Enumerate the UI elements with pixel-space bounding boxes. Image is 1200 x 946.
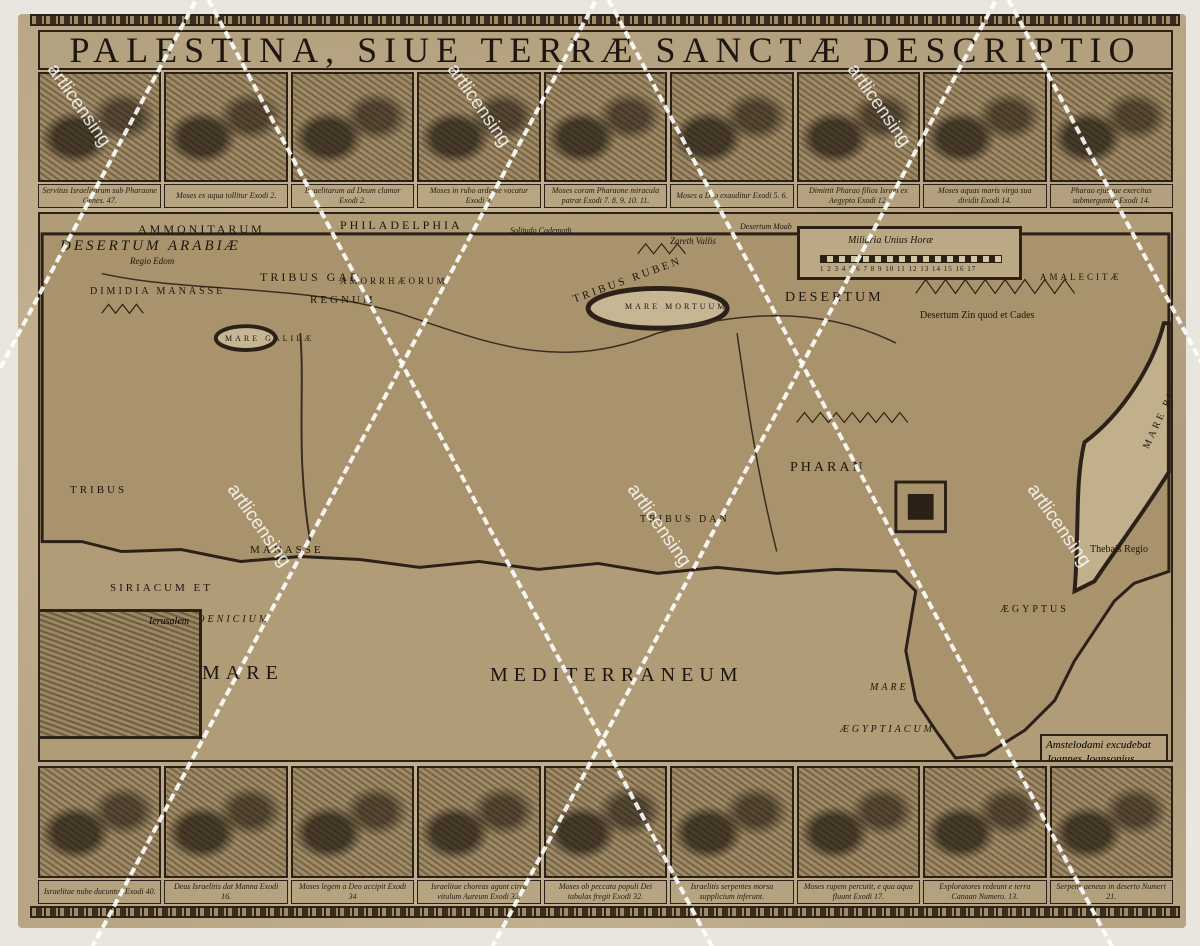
engraving-image — [38, 766, 161, 878]
label-manasse: MANASSE — [250, 544, 324, 556]
label-siriacum: SIRIACUM ET — [110, 582, 213, 594]
bottom-panel: Moses ob peccata populi Dei tabulas freg… — [544, 766, 667, 904]
bottom-bead-border — [30, 906, 1180, 918]
scale-cartouche: Miliaria Unius Horæ 1 2 3 4 5 6 7 8 9 10… — [797, 226, 1022, 280]
label-tribus-dan: TRIBUS DAN — [640, 514, 730, 525]
jerusalem-inset: Ierusalem — [38, 609, 202, 739]
top-bead-border — [30, 14, 1180, 26]
bottom-panel: Exploratores redeunt e terra Canaan Nume… — [923, 766, 1046, 904]
jerusalem-label: Ierusalem — [149, 616, 189, 627]
label-mare-galilaeae: MARE GALILÆ — [225, 334, 314, 343]
label-amorrhaeorum: AMORRHÆORUM — [340, 276, 448, 286]
panel-caption: Moses legem a Deo accipit Exodi 34 — [291, 880, 414, 904]
label-thebais: Thebais Regio — [1090, 544, 1148, 555]
bottom-illustration-strip: Israelitae nube ducuntur Exodi 40. Deus … — [38, 766, 1173, 904]
top-illustration-strip: Servitus Israelitarum sub Pharaone Genes… — [38, 72, 1173, 208]
label-amalecitae: AMALECITÆ — [1040, 272, 1122, 282]
label-regnum: REGNUM — [310, 294, 376, 306]
bottom-panel: Moses rupem percutit, e qua aqua fluunt … — [797, 766, 920, 904]
engraving-image — [417, 72, 540, 182]
panel-caption: Servitus Israelitarum sub Pharaone Genes… — [38, 184, 161, 208]
top-panel: Moses aquas maris virga sua dividit Exod… — [923, 72, 1046, 208]
top-panel: Dimittit Pharao filios Israel ex Aegypto… — [797, 72, 920, 208]
panel-caption: Deus Israelitis dat Manna Exodi 16. — [164, 880, 287, 904]
engraving-image — [291, 72, 414, 182]
label-pharan: PHARAN — [790, 460, 866, 476]
engraving-image — [797, 72, 920, 182]
map-title: PALESTINA, SIUE TERRÆ SANCTÆ DESCRIPTIO — [38, 30, 1173, 70]
panel-caption: Moses ex aqua tollitur Exodi 2. — [164, 184, 287, 208]
panel-caption: Moses in rubo ardente vocatur Exodi 3. — [417, 184, 540, 208]
top-panel: Moses a Deo exauditur Exodi 5. 6. — [670, 72, 793, 208]
engraving-image — [38, 72, 161, 182]
scale-ticks: 1 2 3 4 5 6 7 8 9 10 11 12 13 14 15 16 1… — [820, 265, 976, 273]
engraving-image — [923, 72, 1046, 182]
bottom-panel: Deus Israelitis dat Manna Exodi 16. — [164, 766, 287, 904]
imprint-line-1: Amstelodami excudebat — [1046, 738, 1162, 752]
label-regio-edom: Regio Edom — [130, 256, 174, 266]
label-aegyptus: ÆGYPTUS — [1000, 604, 1069, 615]
panel-caption: Dimittit Pharao filios Israel ex Aegypto… — [797, 184, 920, 208]
engraving-image — [417, 766, 540, 878]
label-tribus: TRIBUS — [70, 484, 127, 496]
label-dimidia-manasse: DIMIDIA MANASSE — [90, 286, 225, 297]
top-panel: Israelitarum ad Deum clamor Exodi 2. — [291, 72, 414, 208]
engraving-image — [670, 72, 793, 182]
label-solitudo: Solitudo Cademoth — [510, 226, 572, 235]
engraving-image — [291, 766, 414, 878]
panel-caption: Exploratores redeunt e terra Canaan Nume… — [923, 880, 1046, 904]
panel-caption: Israelitae nube ducuntur Exodi 40. — [38, 880, 161, 904]
label-mediterraneum: MEDITERRANEUM — [490, 664, 744, 687]
label-mare-aegyptiacum-2: ÆGYPTIACUM — [840, 724, 935, 735]
label-zareth: Zareth Vallis — [670, 236, 716, 246]
label-mare-aegyptiacum-1: MARE — [870, 682, 909, 693]
panel-caption: Moses coram Pharaone miracula patrat Exo… — [544, 184, 667, 208]
label-desertum: DESERTUM — [785, 290, 884, 306]
bottom-panel: Israelitae choreas agunt circa vitulum A… — [417, 766, 540, 904]
label-desertum-zin: Desertum Zin quod et Cades — [920, 310, 1034, 321]
engraving-image — [164, 72, 287, 182]
engraving-image — [544, 766, 667, 878]
imprint-line-2: Joannes Joansonius — [1046, 752, 1162, 762]
engraving-image — [544, 72, 667, 182]
engraving-image — [670, 766, 793, 878]
engraving-image — [1050, 72, 1173, 182]
panel-caption: Moses aquas maris virga sua dividit Exod… — [923, 184, 1046, 208]
label-mare-mortuum: MARE MORTUUM — [625, 302, 727, 311]
panel-caption: Israelitae choreas agunt circa vitulum A… — [417, 880, 540, 904]
top-panel: Moses coram Pharaone miracula patrat Exo… — [544, 72, 667, 208]
engraving-image — [164, 766, 287, 878]
top-panel: Servitus Israelitarum sub Pharaone Genes… — [38, 72, 161, 208]
bottom-panel: Moses legem a Deo accipit Exodi 34 — [291, 766, 414, 904]
engraving-image — [1050, 766, 1173, 878]
imprint-cartouche: Amstelodami excudebat Joannes Joansonius — [1040, 734, 1168, 762]
top-panel: Pharao ejusque exercitus submerguntur Ex… — [1050, 72, 1173, 208]
panel-caption: Israelitis serpentes morsu supplicium in… — [670, 880, 793, 904]
label-mare: MARE — [202, 662, 284, 685]
panel-caption: Serpens aeneus in deserto Numeri 21. — [1050, 880, 1173, 904]
scale-title: Miliaria Unius Horæ — [848, 235, 933, 246]
label-philadelphia: PHILADELPHIA — [340, 218, 463, 233]
panel-caption: Moses rupem percutit, e qua aqua fluunt … — [797, 880, 920, 904]
label-desertum-arabiae: DESERTUM ARABIÆ — [60, 238, 241, 255]
map-area: AMMONITARUM DESERTUM ARABIÆ Regio Edom P… — [38, 212, 1173, 762]
panel-caption: Moses a Deo exauditur Exodi 5. 6. — [670, 184, 793, 208]
label-desertum-moab: Desertum Moab — [740, 222, 792, 231]
bottom-panel: Israelitis serpentes morsu supplicium in… — [670, 766, 793, 904]
engraving-image — [923, 766, 1046, 878]
engraving-image — [797, 766, 920, 878]
top-panel: Moses in rubo ardente vocatur Exodi 3. — [417, 72, 540, 208]
panel-caption: Pharao ejusque exercitus submerguntur Ex… — [1050, 184, 1173, 208]
bottom-panel: Serpens aeneus in deserto Numeri 21. — [1050, 766, 1173, 904]
scale-bar — [820, 255, 1002, 263]
label-ammonitarum: AMMONITARUM — [138, 222, 265, 237]
panel-caption: Israelitarum ad Deum clamor Exodi 2. — [291, 184, 414, 208]
bottom-panel: Israelitae nube ducuntur Exodi 40. — [38, 766, 161, 904]
top-panel: Moses ex aqua tollitur Exodi 2. — [164, 72, 287, 208]
panel-caption: Moses ob peccata populi Dei tabulas freg… — [544, 880, 667, 904]
